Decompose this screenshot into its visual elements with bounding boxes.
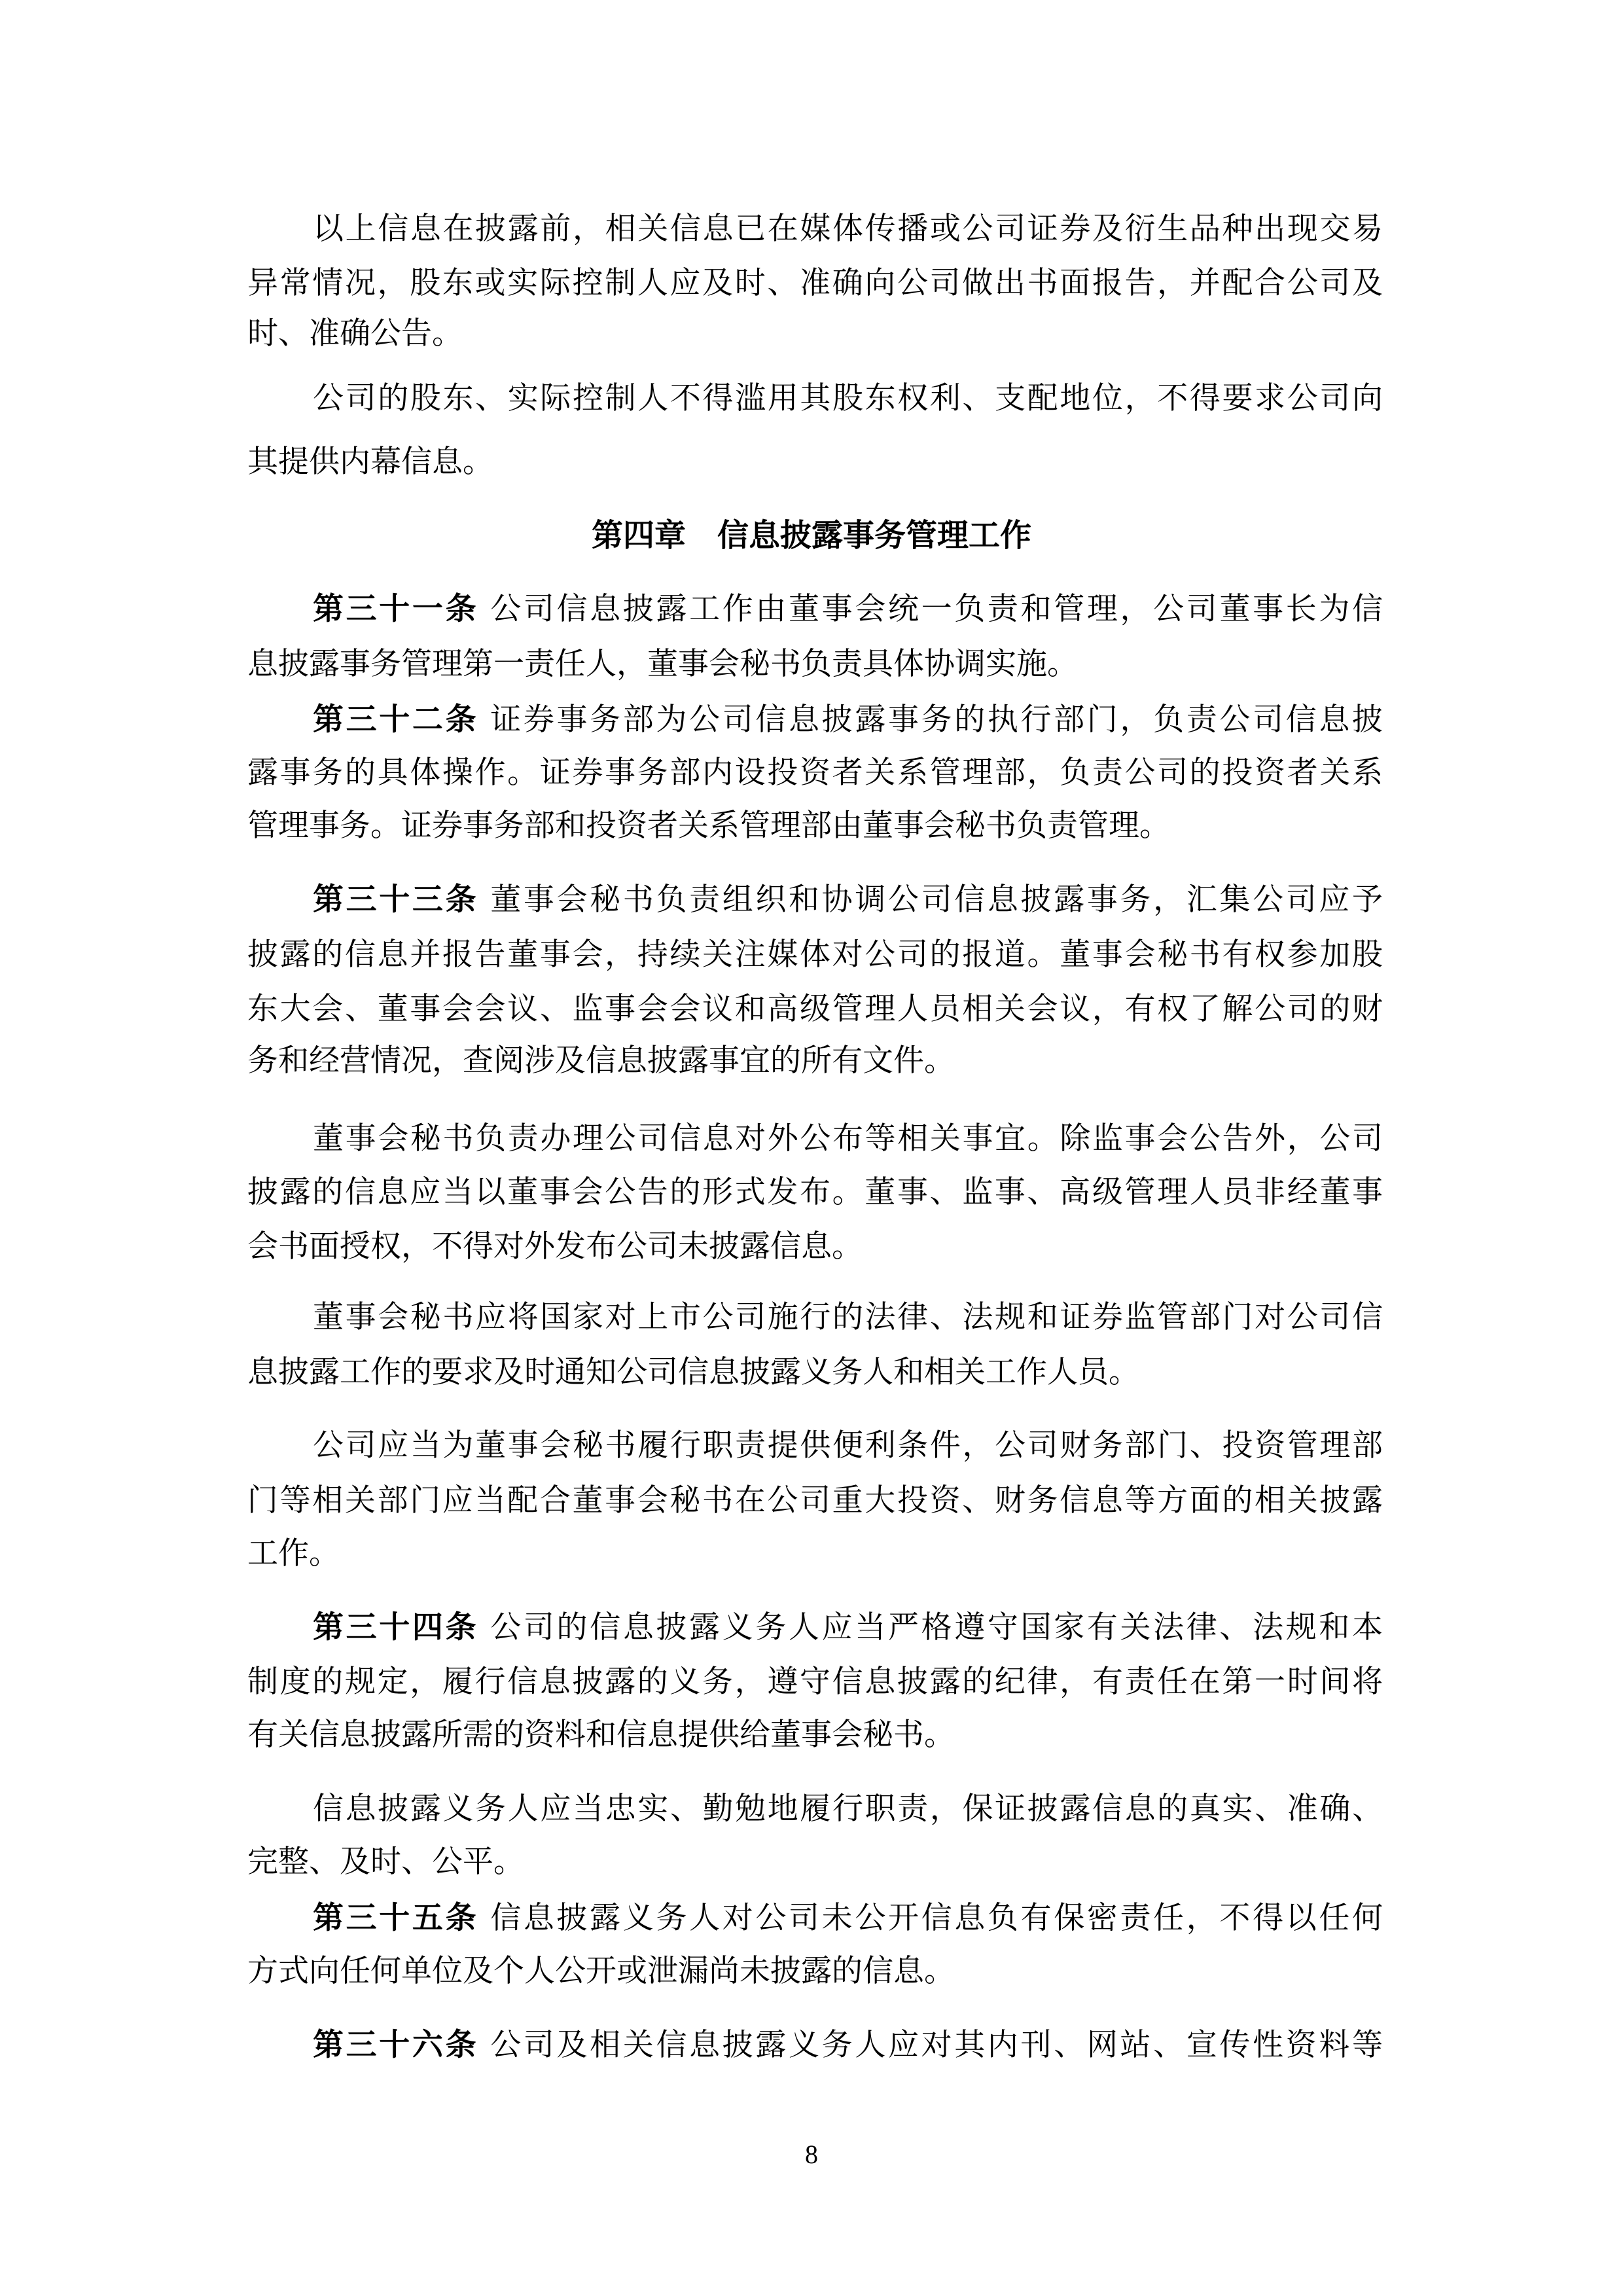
paragraph-line: 公司应当为董事会秘书履行职责提供便利条件，公司财务部门、投资管理部 <box>313 1420 1383 1472</box>
document-page: 以上信息在披露前，相关信息已在媒体传播或公司证券及衍生品种出现交易 异常情况，股… <box>0 0 1623 2296</box>
article-text: 信息披露义务人对公司未公开信息负有保密责任，不得以任何 <box>490 1900 1383 1936</box>
page-number: 8 <box>0 2135 1623 2174</box>
article-32: 第三十二条证券事务部为公司信息披露事务的执行部门，负责公司信息披 <box>313 694 1383 746</box>
article-36: 第三十六条公司及相关信息披露义务人应对其内刊、网站、宣传性资料等 <box>313 2019 1383 2072</box>
paragraph-line: 异常情况，股东或实际控制人应及时、准确向公司做出书面报告，并配合公司及 <box>247 257 1383 310</box>
paragraph-line: 完整、及时、公平。 <box>247 1836 1383 1888</box>
paragraph-line: 其提供内幕信息。 <box>247 436 1383 488</box>
article-35: 第三十五条信息披露义务人对公司未公开信息负有保密责任，不得以任何 <box>313 1892 1383 1945</box>
paragraph-line: 公司的股东、实际控制人不得滥用其股东权利、支配地位，不得要求公司向 <box>313 372 1383 425</box>
paragraph-line: 披露的信息应当以董事会公告的形式发布。董事、监事、高级管理人员非经董事 <box>247 1166 1383 1219</box>
article-number: 第三十六条 <box>313 2027 478 2063</box>
article-number: 第三十三条 <box>313 882 478 918</box>
paragraph-line: 以上信息在披露前，相关信息已在媒体传播或公司证券及衍生品种出现交易 <box>313 203 1383 255</box>
paragraph-line: 会书面授权，不得对外发布公司未披露信息。 <box>247 1221 1383 1273</box>
paragraph-line: 东大会、董事会会议、监事会会议和高级管理人员相关会议，有权了解公司的财 <box>247 983 1383 1035</box>
article-number: 第三十一条 <box>313 591 478 627</box>
article-33: 第三十三条董事会秘书负责组织和协调公司信息披露事务，汇集公司应予 <box>313 874 1383 926</box>
paragraph-line: 管理事务。证券事务部和投资者关系管理部由董事会秘书负责管理。 <box>247 800 1383 852</box>
paragraph-line: 信息披露义务人应当忠实、勤勉地履行职责，保证披露信息的真实、准确、 <box>313 1783 1383 1835</box>
chapter-heading: 第四章 信息披露事务管理工作 <box>0 509 1623 562</box>
paragraph-line: 董事会秘书负责办理公司信息对外公布等相关事宜。除监事会公告外，公司 <box>313 1113 1383 1165</box>
article-text: 公司的信息披露义务人应当严格遵守国家有关法律、法规和本 <box>490 1609 1383 1645</box>
article-text: 公司信息披露工作由董事会统一负责和管理，公司董事长为信 <box>490 591 1383 627</box>
paragraph-line: 时、准确公告。 <box>247 308 1383 360</box>
paragraph-line: 制度的规定，履行信息披露的义务，遵守信息披露的纪律，有责任在第一时间将 <box>247 1656 1383 1708</box>
paragraph-line: 务和经营情况，查阅涉及信息披露事宜的所有文件。 <box>247 1035 1383 1087</box>
paragraph-line: 有关信息披露所需的资料和信息提供给董事会秘书。 <box>247 1709 1383 1761</box>
article-text: 公司及相关信息披露义务人应对其内刊、网站、宣传性资料等 <box>490 2027 1383 2063</box>
article-number: 第三十五条 <box>313 1900 478 1936</box>
article-number: 第三十四条 <box>313 1609 478 1645</box>
article-number: 第三十二条 <box>313 702 478 738</box>
paragraph-line: 露事务的具体操作。证券事务部内设投资者关系管理部，负责公司的投资者关系 <box>247 747 1383 799</box>
article-text: 董事会秘书负责组织和协调公司信息披露事务，汇集公司应予 <box>490 882 1383 918</box>
paragraph-line: 工作。 <box>247 1528 1383 1580</box>
article-34: 第三十四条公司的信息披露义务人应当严格遵守国家有关法律、法规和本 <box>313 1602 1383 1654</box>
paragraph-line: 息披露事务管理第一责任人，董事会秘书负责具体协调实施。 <box>247 638 1383 691</box>
paragraph-line: 披露的信息并报告董事会，持续关注媒体对公司的报道。董事会秘书有权参加股 <box>247 929 1383 981</box>
article-31: 第三十一条公司信息披露工作由董事会统一负责和管理，公司董事长为信 <box>313 583 1383 636</box>
paragraph-line: 门等相关部门应当配合董事会秘书在公司重大投资、财务信息等方面的相关披露 <box>247 1475 1383 1527</box>
paragraph-line: 息披露工作的要求及时通知公司信息披露义务人和相关工作人员。 <box>247 1346 1383 1399</box>
paragraph-line: 董事会秘书应将国家对上市公司施行的法律、法规和证券监管部门对公司信 <box>313 1291 1383 1344</box>
article-text: 证券事务部为公司信息披露事务的执行部门，负责公司信息披 <box>490 702 1383 738</box>
paragraph-line: 方式向任何单位及个人公开或泄漏尚未披露的信息。 <box>247 1945 1383 1998</box>
